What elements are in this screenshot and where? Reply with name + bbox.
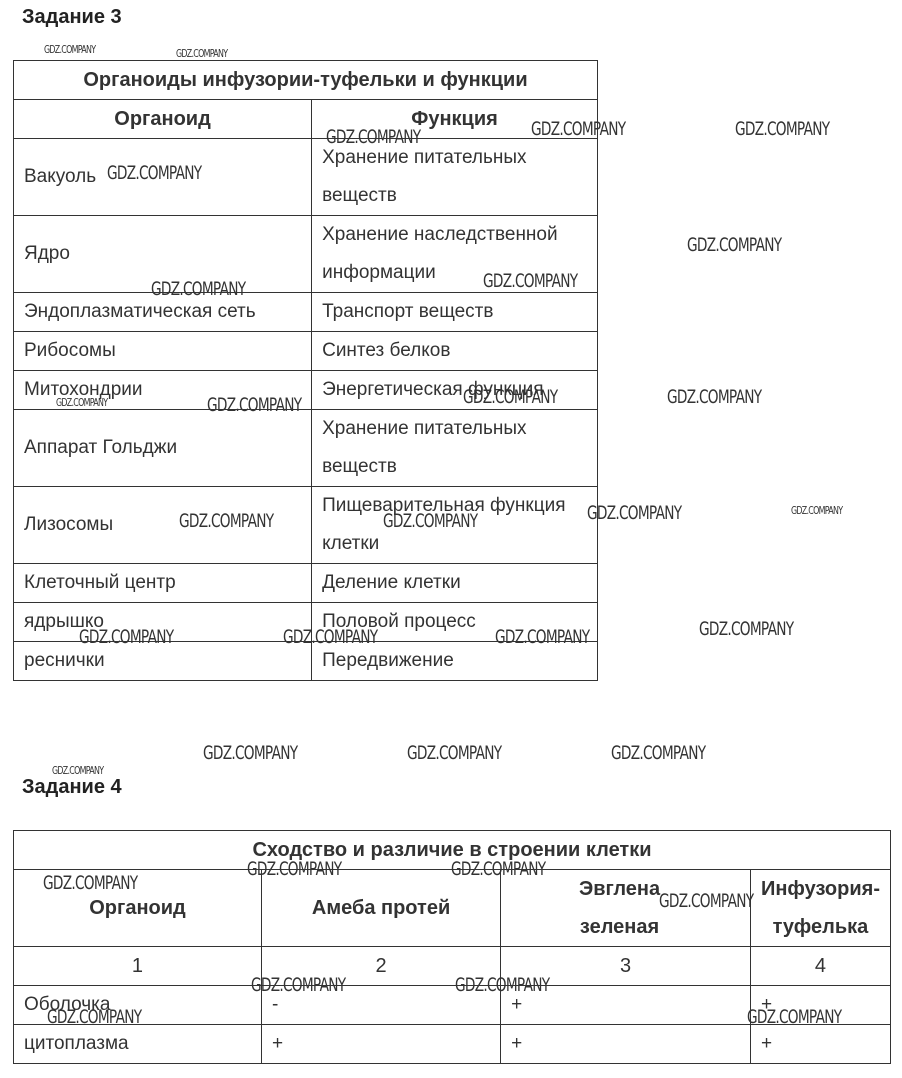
- column-number: 4: [750, 947, 890, 986]
- column-header-organoid: Органоид: [14, 100, 312, 139]
- task-3-heading: Задание 3: [22, 6, 122, 29]
- watermark: GDZ.COMPANY: [455, 974, 549, 996]
- table-row: ЛизосомыПищеварительная функция клетки: [14, 487, 598, 564]
- function-cell: Синтез белков: [312, 332, 598, 371]
- watermark: GDZ.COMPANY: [747, 1006, 841, 1028]
- watermark: GDZ.COMPANY: [79, 626, 173, 648]
- function-cell: Хранение питательных веществ: [312, 410, 598, 487]
- watermark: GDZ.COMPANY: [587, 502, 681, 524]
- function-cell: Деление клетки: [312, 564, 598, 603]
- amoeba-cell: +: [261, 1025, 500, 1064]
- table-row: Аппарат ГольджиХранение питательных веще…: [14, 410, 598, 487]
- watermark: GDZ.COMPANY: [407, 742, 501, 764]
- watermark: GDZ.COMPANY: [151, 278, 245, 300]
- table-row: цитоплазма + + +: [14, 1025, 891, 1064]
- watermark: GDZ.COMPANY: [47, 1006, 141, 1028]
- organoid-cell: цитоплазма: [14, 1025, 262, 1064]
- function-cell: Транспорт веществ: [312, 293, 598, 332]
- table-row: РибосомыСинтез белков: [14, 332, 598, 371]
- watermark: GDZ.COMPANY: [451, 858, 545, 880]
- watermark: GDZ.COMPANY: [735, 118, 829, 140]
- column-header-paramecium: Инфузория-туфелька: [750, 870, 890, 947]
- organoid-cell: Рибосомы: [14, 332, 312, 371]
- column-number: 1: [14, 947, 262, 986]
- table-row: ВакуольХранение питательных веществ: [14, 139, 598, 216]
- watermark: GDZ.COMPANY: [283, 626, 377, 648]
- watermark: GDZ.COMPANY: [107, 162, 201, 184]
- watermark: GDZ.COMPANY: [483, 270, 577, 292]
- watermark: GDZ.COMPANY: [44, 43, 95, 56]
- watermark: GDZ.COMPANY: [203, 742, 297, 764]
- watermark: GDZ.COMPANY: [667, 386, 761, 408]
- organoid-cell: Аппарат Гольджи: [14, 410, 312, 487]
- function-cell: Хранение питательных веществ: [312, 139, 598, 216]
- watermark: GDZ.COMPANY: [687, 234, 781, 256]
- watermark: GDZ.COMPANY: [56, 396, 107, 409]
- table-row: Эндоплазматическая сетьТранспорт веществ: [14, 293, 598, 332]
- watermark: GDZ.COMPANY: [326, 126, 420, 148]
- task-4-heading: Задание 4: [22, 776, 122, 799]
- paramecium-cell: +: [750, 1025, 890, 1064]
- watermark: GDZ.COMPANY: [207, 394, 301, 416]
- watermark: GDZ.COMPANY: [463, 386, 557, 408]
- watermark: GDZ.COMPANY: [699, 618, 793, 640]
- table-title: Органоиды инфузории-туфельки и функции: [14, 61, 598, 100]
- organoid-cell: Клеточный центр: [14, 564, 312, 603]
- watermark: GDZ.COMPANY: [791, 504, 842, 517]
- watermark: GDZ.COMPANY: [179, 510, 273, 532]
- watermark: GDZ.COMPANY: [251, 974, 345, 996]
- watermark: GDZ.COMPANY: [52, 764, 103, 777]
- watermark: GDZ.COMPANY: [383, 510, 477, 532]
- organoids-functions-table: Органоиды инфузории-туфельки и функции О…: [13, 60, 598, 681]
- watermark: GDZ.COMPANY: [495, 626, 589, 648]
- watermark: GDZ.COMPANY: [659, 890, 753, 912]
- watermark: GDZ.COMPANY: [247, 858, 341, 880]
- column-header-amoeba: Амеба протей: [261, 870, 500, 947]
- table-row: Клеточный центрДеление клетки: [14, 564, 598, 603]
- euglena-cell: +: [501, 1025, 751, 1064]
- watermark: GDZ.COMPANY: [176, 47, 227, 60]
- watermark: GDZ.COMPANY: [531, 118, 625, 140]
- watermark: GDZ.COMPANY: [43, 872, 137, 894]
- watermark: GDZ.COMPANY: [611, 742, 705, 764]
